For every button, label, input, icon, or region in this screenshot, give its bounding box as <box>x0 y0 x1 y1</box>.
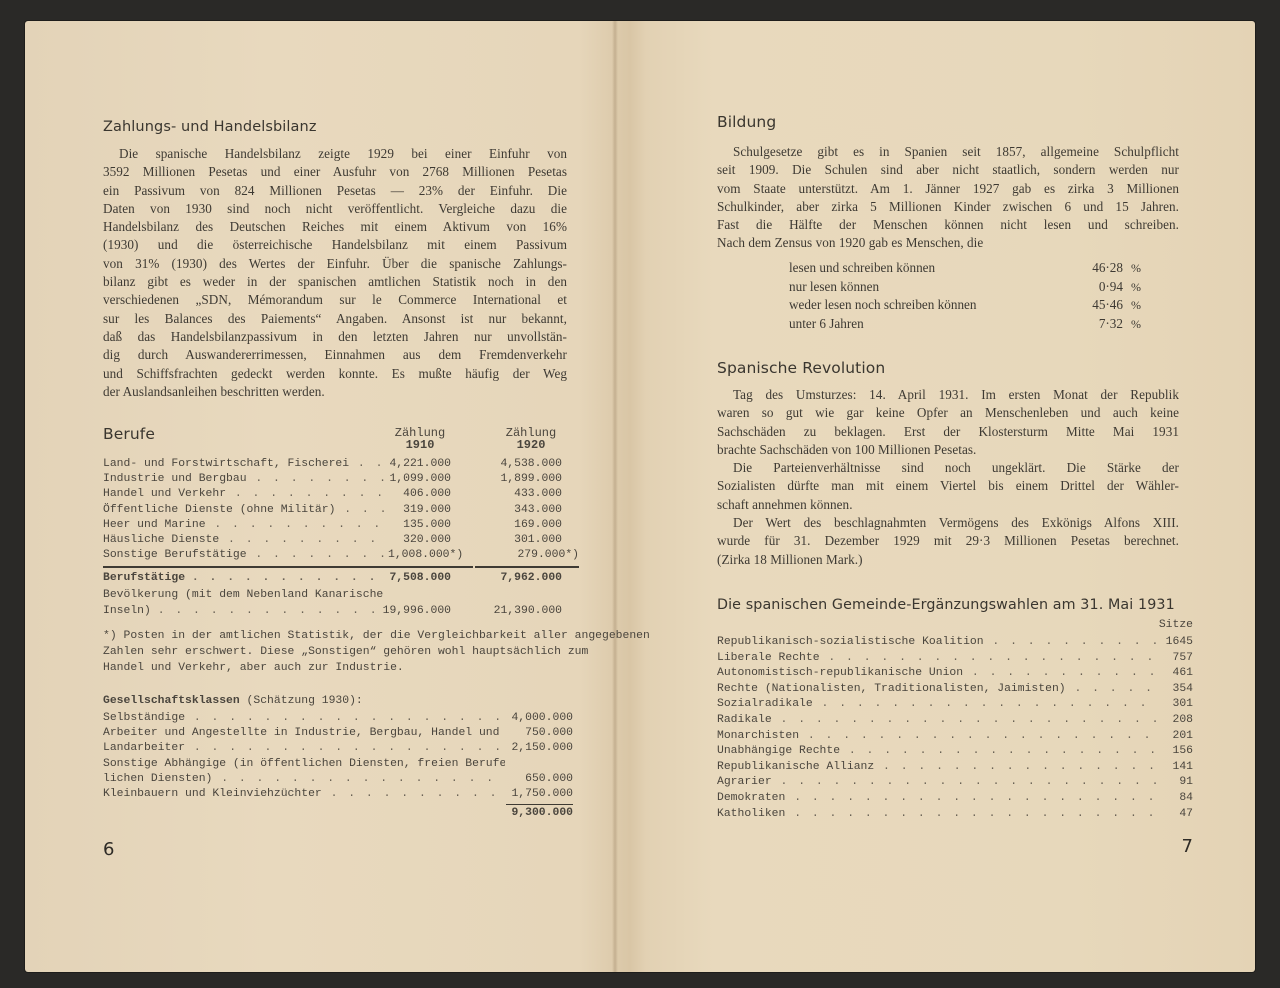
party-seats: 84 <box>1157 791 1193 807</box>
text-line: waren so gut wie gar keine Opfer an Mens… <box>717 404 1179 422</box>
gesellschaftsklassen-table: Selbständige . . . . . . . . . . . . . .… <box>103 711 573 802</box>
text-line: 3592 Millionen Pesetas und einer Ausfuhr… <box>103 163 567 181</box>
berufe-value-1920: 343.000 <box>493 503 562 518</box>
literacy-value: 7·32 <box>1063 315 1123 334</box>
population-row-1: Bevölkerung (mit dem Nebenland Kanarisch… <box>103 588 573 603</box>
dot-leader: . . . . . . . . . . . . . . . . . . . . … <box>219 534 386 546</box>
berufe-row: Handel und Verkehr . . . . . . . . . . .… <box>103 487 573 502</box>
text-line: der Auslandsanleihen beschritten werden. <box>103 383 567 401</box>
berufe-label: Handel und Verkehr <box>103 488 226 500</box>
dot-leader: . . . . . . . . . . . . . . . . . . . . … <box>963 667 1157 679</box>
text-line: Sozialisten dürfte man mit einem Viertel… <box>717 477 1179 495</box>
paragraph-revolution: Tag des Umsturzes: 14. April 1931. Im er… <box>717 386 1179 569</box>
text-line: Sachschäden zu beklagen. Erst der Kloste… <box>717 423 1179 441</box>
literacy-row: unter 6 Jahren7·32% <box>789 315 1109 334</box>
party-label: Republikanisch-sozialistische Koalition <box>717 636 984 648</box>
literacy-row: lesen und schreiben können46·28% <box>789 259 1109 278</box>
row-leader: Land- und Forstwirtschaft, Fischerei . .… <box>103 457 386 472</box>
text-line: Handelsbilanz des Deutschen Reiches mit … <box>103 218 567 236</box>
text-line: Nach dem Zensus von 1920 gab es Menschen… <box>717 234 1179 252</box>
party-label: Unabhängige Rechte <box>717 745 840 757</box>
klassen-value: 2,150.000 <box>503 741 573 756</box>
text-line: Die spanische Handelsbilanz zeigte 1929 … <box>103 145 567 163</box>
berufe-value-1910: 319.000 <box>388 503 451 518</box>
text-line: bilanz gibt es weder in der spanischen a… <box>103 273 567 291</box>
party-label: Demokraten <box>717 792 785 804</box>
heading-spanische-revolution: Spanische Revolution <box>717 359 885 377</box>
footnote-line: *) Posten in der amtlichen Statistik, de… <box>103 628 573 644</box>
dot-leader: . . . . . . . . . . . . . . . . . . . . … <box>185 712 505 724</box>
row-leader: Republikanische Allianz . . . . . . . . … <box>717 760 1157 776</box>
party-label: Sozialradikale <box>717 698 813 710</box>
row-leader: Heer und Marine . . . . . . . . . . . . … <box>103 518 386 533</box>
party-label: Monarchisten <box>717 730 799 742</box>
sum-rule <box>506 804 573 805</box>
text-line: seit 1909. Die Schulen sind aber nicht s… <box>717 161 1179 179</box>
row-leader: lichen Diensten) . . . . . . . . . . . .… <box>103 772 505 787</box>
heading-zahlungs-handelsbilanz: Zahlungs- und Handelsbilanz <box>103 119 317 135</box>
text-line: (Zirka 18 Millionen Mark.) <box>717 551 1179 569</box>
berufe-label: Öffentliche Dienste (ohne Militär) <box>103 504 335 516</box>
literacy-label: unter 6 Jahren <box>789 316 864 331</box>
row-leader: Sozialradikale . . . . . . . . . . . . .… <box>717 697 1157 713</box>
text-line: Fast die Hälfte der Menschen können nich… <box>717 216 1179 234</box>
literacy-label: weder lesen noch schreiben können <box>789 297 976 312</box>
klassen-label: Selbständige <box>103 712 185 724</box>
literacy-row: weder lesen noch schreiben können45·46% <box>789 296 1109 315</box>
berufe-row: Land- und Forstwirtschaft, Fischerei . .… <box>103 457 573 472</box>
gesellschaftsklassen-row: lichen Diensten) . . . . . . . . . . . .… <box>103 772 573 787</box>
dot-leader: . . . . . . . . . . . . . . . . . . . . … <box>1066 683 1157 695</box>
berufe-total-1920: 7,962.000 <box>496 571 562 586</box>
berufe-row: Industrie und Bergbau . . . . . . . . . … <box>103 472 573 487</box>
party-seats: 1645 <box>1157 635 1193 651</box>
percent-sign: % <box>1131 296 1141 315</box>
text-line: ein Passivum von 824 Millionen Pesetas —… <box>103 182 567 200</box>
dot-leader: . . . . . . . . . . . . . . . . . . . . … <box>840 745 1157 757</box>
klassen-label: Landarbeiter <box>103 742 185 754</box>
heading-gesellschaftsklassen-bold: Gesellschaftsklassen <box>103 695 240 707</box>
party-label: Republikanische Allianz <box>717 761 874 773</box>
heading-gemeindewahlen: Die spanischen Gemeinde-Ergänzungswahlen… <box>717 597 1175 613</box>
percent-sign: % <box>1131 315 1141 334</box>
paragraph-bildung: Schulgesetze gibt es in Spanien seit 185… <box>717 143 1179 253</box>
row-leader: Monarchisten . . . . . . . . . . . . . .… <box>717 729 1157 745</box>
column-header-1920-year: 1920 <box>496 439 566 451</box>
text-line: wurde für 31. Dezember 1929 mit 29·3 Mil… <box>717 532 1179 550</box>
literacy-label: lesen und schreiben können <box>789 260 935 275</box>
paragraph-trade-balance: Die spanische Handelsbilanz zeigte 1929 … <box>103 145 567 401</box>
row-leader: Selbständige . . . . . . . . . . . . . .… <box>103 711 505 726</box>
text-line: daß das Handelsbilanzpassivum in den let… <box>103 328 567 346</box>
dot-leader: . . . . . . . . . . . . . . . . . . . . … <box>772 776 1157 788</box>
dot-leader: . . . . . . . . . . . . . . . . . . . . … <box>335 504 386 516</box>
table-rule <box>475 566 579 568</box>
heading-gesellschaftsklassen-rest: (Schätzung 1930): <box>240 695 363 707</box>
page-number-right: 7 <box>1182 836 1193 857</box>
row-leader: Landarbeiter . . . . . . . . . . . . . .… <box>103 741 505 756</box>
dot-leader: . . . . . . . . . . . . . . . . . . . . … <box>799 730 1157 742</box>
row-leader: Autonomistisch-republikanische Union . .… <box>717 666 1157 682</box>
text-line: und Schiffsfrachten gedeckt werden konnt… <box>103 365 567 383</box>
dot-leader: . . . . . . . . . . . . . . . . . . . . … <box>874 761 1157 773</box>
literacy-value: 45·46 <box>1063 296 1123 315</box>
party-seats: 141 <box>1157 760 1193 776</box>
berufe-value-1920: 301.000 <box>493 533 562 548</box>
dot-leader: . . . . . . . . . . . . . . . . . . . . … <box>785 792 1157 804</box>
row-leader: Republikanisch-sozialistische Koalition … <box>717 635 1157 651</box>
dot-leader: . . . . . . . . . . . . . . . . . . . . … <box>247 549 386 561</box>
party-seats: 91 <box>1157 775 1193 791</box>
gesellschaftsklassen-total: 9,300.000 <box>483 806 573 821</box>
berufe-value-1910: 1,008.000*) <box>388 548 465 563</box>
party-seats: 156 <box>1157 744 1193 760</box>
text-line: verschiedenen „SDN, Mémorandum sur le Co… <box>103 291 567 309</box>
klassen-label: lichen Diensten) <box>103 773 212 785</box>
berufe-row: Häusliche Dienste . . . . . . . . . . . … <box>103 533 573 548</box>
row-leader: Demokraten . . . . . . . . . . . . . . .… <box>717 791 1157 807</box>
wahlen-row: Demokraten . . . . . . . . . . . . . . .… <box>717 791 1193 807</box>
dot-leader: . . . . . . . . . . . . . . . . . . . . … <box>226 488 386 500</box>
text-line: vom Staate unterstützt. Am 1. Jänner 192… <box>717 180 1179 198</box>
berufe-value-1910: 135.000 <box>388 518 451 533</box>
text-line: sur les Balances des Paiements“ Angaben.… <box>103 310 567 328</box>
berufe-footnote: *) Posten in der amtlichen Statistik, de… <box>103 628 573 676</box>
column-header-1910: Zählung 1910 <box>385 427 455 451</box>
table-rule <box>103 566 473 568</box>
klassen-label: Arbeiter und Angestellte in Industrie, B… <box>103 727 505 739</box>
wahlen-row: Sozialradikale . . . . . . . . . . . . .… <box>717 697 1193 713</box>
percent-sign: % <box>1131 259 1141 278</box>
party-seats: 301 <box>1157 697 1193 713</box>
text-line: (1930) und die österreichische Handelsbi… <box>103 236 567 254</box>
berufe-label: Häusliche Dienste <box>103 534 219 546</box>
row-leader: Rechte (Nationalisten, Traditionalisten,… <box>717 682 1157 698</box>
berufe-value-1910: 320.000 <box>388 533 451 548</box>
wahlen-row: Republikanische Allianz . . . . . . . . … <box>717 760 1193 776</box>
berufe-value-1910: 406.000 <box>388 487 451 502</box>
row-leader: Industrie und Bergbau . . . . . . . . . … <box>103 472 386 487</box>
gesellschaftsklassen-row: Selbständige . . . . . . . . . . . . . .… <box>103 711 573 726</box>
party-label: Agrarier <box>717 776 772 788</box>
population-row-2: Inseln) . . . . . . . . . . . . . . . . … <box>103 604 573 619</box>
book-spine <box>612 21 618 972</box>
text-line: brachte Sachschäden von 100 Millionen Pe… <box>717 441 1179 459</box>
berufe-value-1920: 4,538.000 <box>493 457 562 472</box>
berufe-value-1910: 1,099.000 <box>388 472 451 487</box>
party-seats: 757 <box>1157 651 1193 667</box>
text-line: Tag des Umsturzes: 14. April 1931. Im er… <box>717 386 1179 404</box>
berufe-row: Sonstige Berufstätige . . . . . . . . . … <box>103 548 573 563</box>
row-leader: Katholiken . . . . . . . . . . . . . . .… <box>717 807 1157 823</box>
text-line: Der Wert des beschlagnahmten Vermögens d… <box>717 514 1179 532</box>
literacy-value: 46·28 <box>1063 259 1123 278</box>
party-label: Rechte (Nationalisten, Traditionalisten,… <box>717 683 1066 695</box>
berufe-total-1910: 7,508.000 <box>385 571 451 586</box>
row-leader: Sonstige Abhängige (in öffentlichen Dien… <box>103 757 505 772</box>
text-line: dig durch Auswandererrimessen, Einnahmen… <box>103 346 567 364</box>
text-line: Daten von 1930 sind noch nicht veröffent… <box>103 200 567 218</box>
berufe-table: Land- und Forstwirtschaft, Fischerei . .… <box>103 457 573 563</box>
klassen-value: 750.000 <box>503 726 573 741</box>
party-label: Autonomistisch-republikanische Union <box>717 667 963 679</box>
berufe-value-1920: 433.000 <box>493 487 562 502</box>
text-line: von 31% (1930) des Wertes der Einfuhr. Ü… <box>103 255 567 273</box>
wahlen-row: Monarchisten . . . . . . . . . . . . . .… <box>717 729 1193 745</box>
berufe-row: Öffentliche Dienste (ohne Militär) . . .… <box>103 503 573 518</box>
text-line: Schulkinder, aber zirka 5 Millionen Kind… <box>717 198 1179 216</box>
berufe-value-1920: 1,899.000 <box>493 472 562 487</box>
berufe-value-1910: 4,221.000 <box>388 457 451 472</box>
text-line: Die Parteienverhältnisse sind noch ungek… <box>717 459 1179 477</box>
row-leader: Unabhängige Rechte . . . . . . . . . . .… <box>717 744 1157 760</box>
dot-leader: . . . . . . . . . . . . . . . . . . . . … <box>185 742 505 754</box>
dot-leader: . . . . . . . . . . . . . . . . . . . . … <box>772 714 1157 726</box>
column-header-1920: Zählung 1920 <box>496 427 566 451</box>
party-label: Katholiken <box>717 808 785 820</box>
party-label: Radikale <box>717 714 772 726</box>
dot-leader: . . . . . . . . . . . . . . . . . . . . … <box>813 698 1157 710</box>
gesellschaftsklassen-row: Sonstige Abhängige (in öffentlichen Dien… <box>103 757 573 772</box>
revolution-paragraph: Die Parteienverhältnisse sind noch ungek… <box>717 459 1179 514</box>
wahlen-row: Rechte (Nationalisten, Traditionalisten,… <box>717 682 1193 698</box>
party-seats: 461 <box>1157 666 1193 682</box>
wahlen-row: Katholiken . . . . . . . . . . . . . . .… <box>717 807 1193 823</box>
party-seats: 201 <box>1157 729 1193 745</box>
wahlen-row: Autonomistisch-republikanische Union . .… <box>717 666 1193 682</box>
gesellschaftsklassen-row: Kleinbauern und Kleinviehzüchter . . . .… <box>103 787 573 802</box>
row-leader: Agrarier . . . . . . . . . . . . . . . .… <box>717 775 1157 791</box>
heading-bildung: Bildung <box>717 113 776 131</box>
column-header-1910-year: 1910 <box>385 439 455 451</box>
wahlen-row: Agrarier . . . . . . . . . . . . . . . .… <box>717 775 1193 791</box>
row-leader: Arbeiter und Angestellte in Industrie, B… <box>103 726 505 741</box>
berufe-total-label: Berufstätige <box>103 572 185 584</box>
population-label-line1: Bevölkerung (mit dem Nebenland Kanarisch… <box>103 589 383 601</box>
literacy-value: 0·94 <box>1063 278 1123 297</box>
dot-leader: . . . . . . . . . . . . . . . . . . . . … <box>206 519 386 531</box>
percent-sign: % <box>1131 278 1141 297</box>
revolution-paragraph: Der Wert des beschlagnahmten Vermögens d… <box>717 514 1179 569</box>
dot-leader: . . . . . . . . . . . . . . . . . . . . … <box>212 773 505 785</box>
row-leader: Radikale . . . . . . . . . . . . . . . .… <box>717 713 1157 729</box>
wahlen-row: Republikanisch-sozialistische Koalition … <box>717 635 1193 651</box>
gesellschaftsklassen-row: Landarbeiter . . . . . . . . . . . . . .… <box>103 741 573 756</box>
row-leader: Kleinbauern und Kleinviehzüchter . . . .… <box>103 787 505 802</box>
berufe-value-1920: 279.000*) <box>493 548 579 563</box>
heading-berufe: Berufe <box>103 425 155 443</box>
population-1910: 19,996.000 <box>371 604 451 619</box>
wahlen-row: Radikale . . . . . . . . . . . . . . . .… <box>717 713 1193 729</box>
party-label: Liberale Rechte <box>717 652 820 664</box>
party-seats: 354 <box>1157 682 1193 698</box>
dot-leader: . . . . . . . . . . . . . . . . . . . . … <box>247 473 386 485</box>
revolution-paragraph: Tag des Umsturzes: 14. April 1931. Im er… <box>717 386 1179 459</box>
dot-leader: . . . . . . . . . . . . . . . . . . . . … <box>984 636 1157 648</box>
berufe-label: Heer und Marine <box>103 519 206 531</box>
wahlen-table: Republikanisch-sozialistische Koalition … <box>717 635 1193 822</box>
literacy-table: lesen und schreiben können46·28%nur lese… <box>789 259 1109 333</box>
row-leader: Häusliche Dienste . . . . . . . . . . . … <box>103 533 386 548</box>
column-header-sitze: Sitze <box>1159 618 1193 633</box>
text-line: schaft annehmen können. <box>717 496 1179 514</box>
population-1920: 21,390.000 <box>487 604 562 619</box>
klassen-label: Sonstige Abhängige (in öffentlichen Dien… <box>103 758 505 770</box>
party-seats: 208 <box>1157 713 1193 729</box>
berufe-label: Sonstige Berufstätige <box>103 549 247 561</box>
berufe-total-row: Berufstätige . . . . . . . . . . . . . .… <box>103 571 573 586</box>
party-seats: 47 <box>1157 807 1193 823</box>
berufe-value-1920: 169.000 <box>493 518 562 533</box>
population-label-line2: Inseln) <box>103 605 151 617</box>
wahlen-row: Liberale Rechte . . . . . . . . . . . . … <box>717 651 1193 667</box>
dot-leader: . . . . . . . . . . . . . . . . . . . . … <box>349 458 386 470</box>
dot-leader: . . . . . . . . . . . . . . . . . . . . … <box>785 808 1157 820</box>
text-line: Schulgesetze gibt es in Spanien seit 185… <box>717 143 1179 161</box>
berufe-row: Heer und Marine . . . . . . . . . . . . … <box>103 518 573 533</box>
row-leader: Handel und Verkehr . . . . . . . . . . .… <box>103 487 386 502</box>
literacy-label: nur lesen können <box>789 279 879 294</box>
klassen-value: 650.000 <box>503 772 573 787</box>
klassen-label: Kleinbauern und Kleinviehzüchter <box>103 788 322 800</box>
literacy-row: nur lesen können0·94% <box>789 278 1109 297</box>
berufe-label: Industrie und Bergbau <box>103 473 247 485</box>
wahlen-row: Unabhängige Rechte . . . . . . . . . . .… <box>717 744 1193 760</box>
row-leader: Öffentliche Dienste (ohne Militär) . . .… <box>103 503 386 518</box>
row-leader: Sonstige Berufstätige . . . . . . . . . … <box>103 548 386 563</box>
dot-leader: . . . . . . . . . . . . . . . . . . . . … <box>820 652 1157 664</box>
berufe-label: Land- und Forstwirtschaft, Fischerei <box>103 458 349 470</box>
row-leader: Liberale Rechte . . . . . . . . . . . . … <box>717 651 1157 667</box>
page-number-left: 6 <box>103 839 114 860</box>
footnote-line: Handel und Verkehr, aber auch zur Indust… <box>103 660 573 676</box>
footnote-line: Zahlen sehr erschwert. Diese „Sonstigen“… <box>103 644 573 660</box>
heading-gesellschaftsklassen: Gesellschaftsklassen (Schätzung 1930): <box>103 694 363 709</box>
klassen-value: 4,000.000 <box>503 711 573 726</box>
gesellschaftsklassen-row: Arbeiter und Angestellte in Industrie, B… <box>103 726 573 741</box>
dot-leader: . . . . . . . . . . . . . . . . . . . . … <box>322 788 505 800</box>
klassen-value: 1,750.000 <box>503 787 573 802</box>
